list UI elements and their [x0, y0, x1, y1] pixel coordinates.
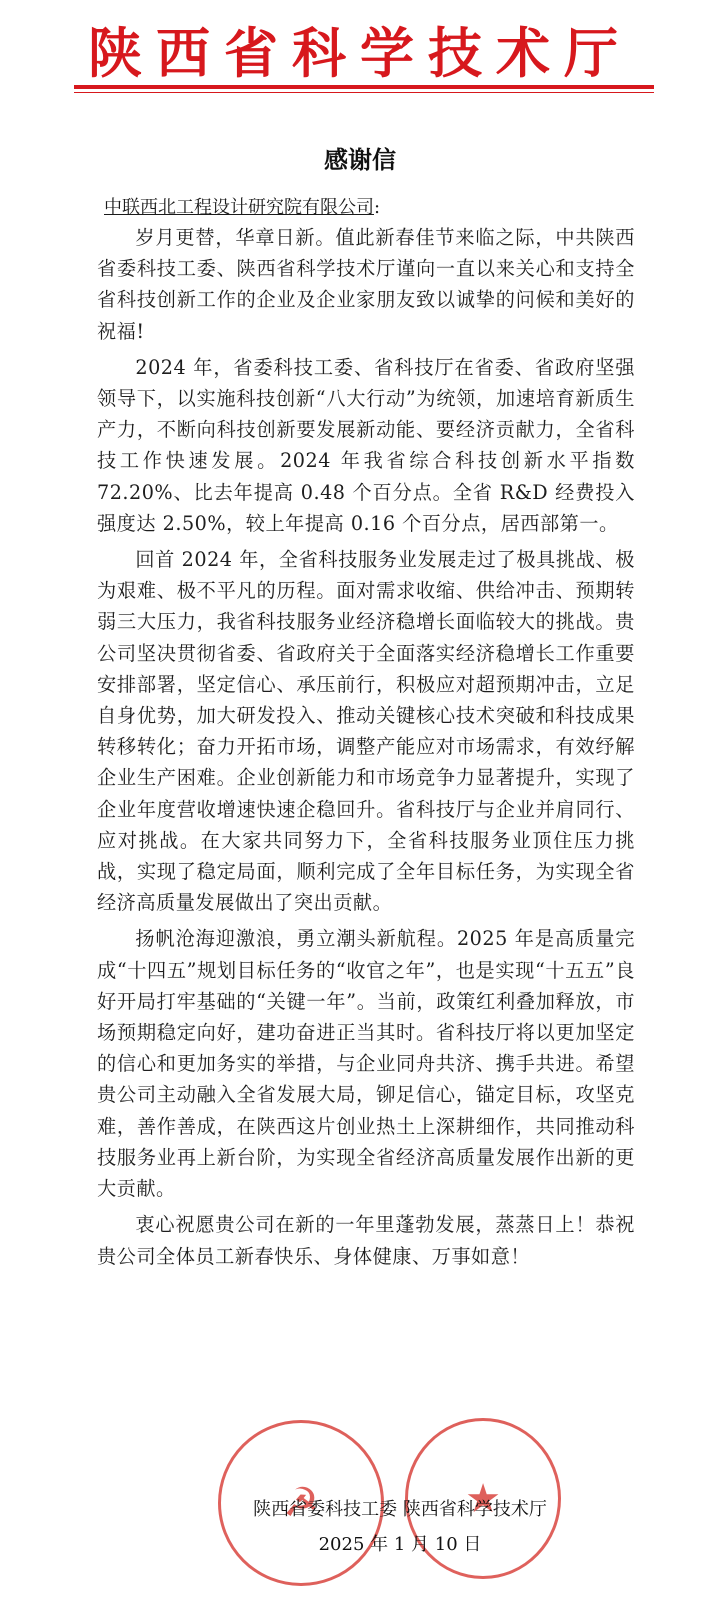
paragraph-greeting: 岁月更替，华章日新。值此新春佳节来临之际，中共陕西省委科技工委、陕西省科学技术厅…	[97, 222, 635, 347]
paragraph-wishes: 衷心祝愿贵公司在新的一年里蓬勃发展，蒸蒸日上！恭祝贵公司全体员工新春快乐、身体健…	[97, 1209, 635, 1271]
letterhead-title: 陕西省科学技术厅	[0, 20, 720, 86]
letterhead-rule-thin	[74, 92, 654, 93]
letterhead-rule-thick	[74, 85, 654, 89]
signatories: 陕西省委科技工委 陕西省科学技术厅	[0, 1495, 720, 1521]
letter-heading: 感谢信	[0, 140, 720, 175]
salutation: 中联西北工程设计研究院有限公司:	[104, 195, 380, 221]
paragraph-outlook: 扬帆沧海迎激浪，勇立潮头新航程。2025 年是高质量完成“十四五”规划目标任务的…	[97, 923, 635, 1204]
paragraph-review: 回首 2024 年，全省科技服务业发展走过了极具挑战、极为艰难、极不平凡的历程。…	[97, 544, 635, 918]
letter-date: 2025 年 1 月 10 日	[0, 1530, 720, 1556]
recipient-colon: :	[374, 197, 380, 218]
letter-body: 岁月更替，华章日新。值此新春佳节来临之际，中共陕西省委科技工委、陕西省科学技术厅…	[97, 222, 635, 1277]
paragraph-2024-achievements: 2024 年，省委科技工委、省科技厅在省委、省政府坚强领导下，以实施科技创新“八…	[97, 352, 635, 539]
recipient-name: 中联西北工程设计研究院有限公司	[104, 197, 374, 218]
